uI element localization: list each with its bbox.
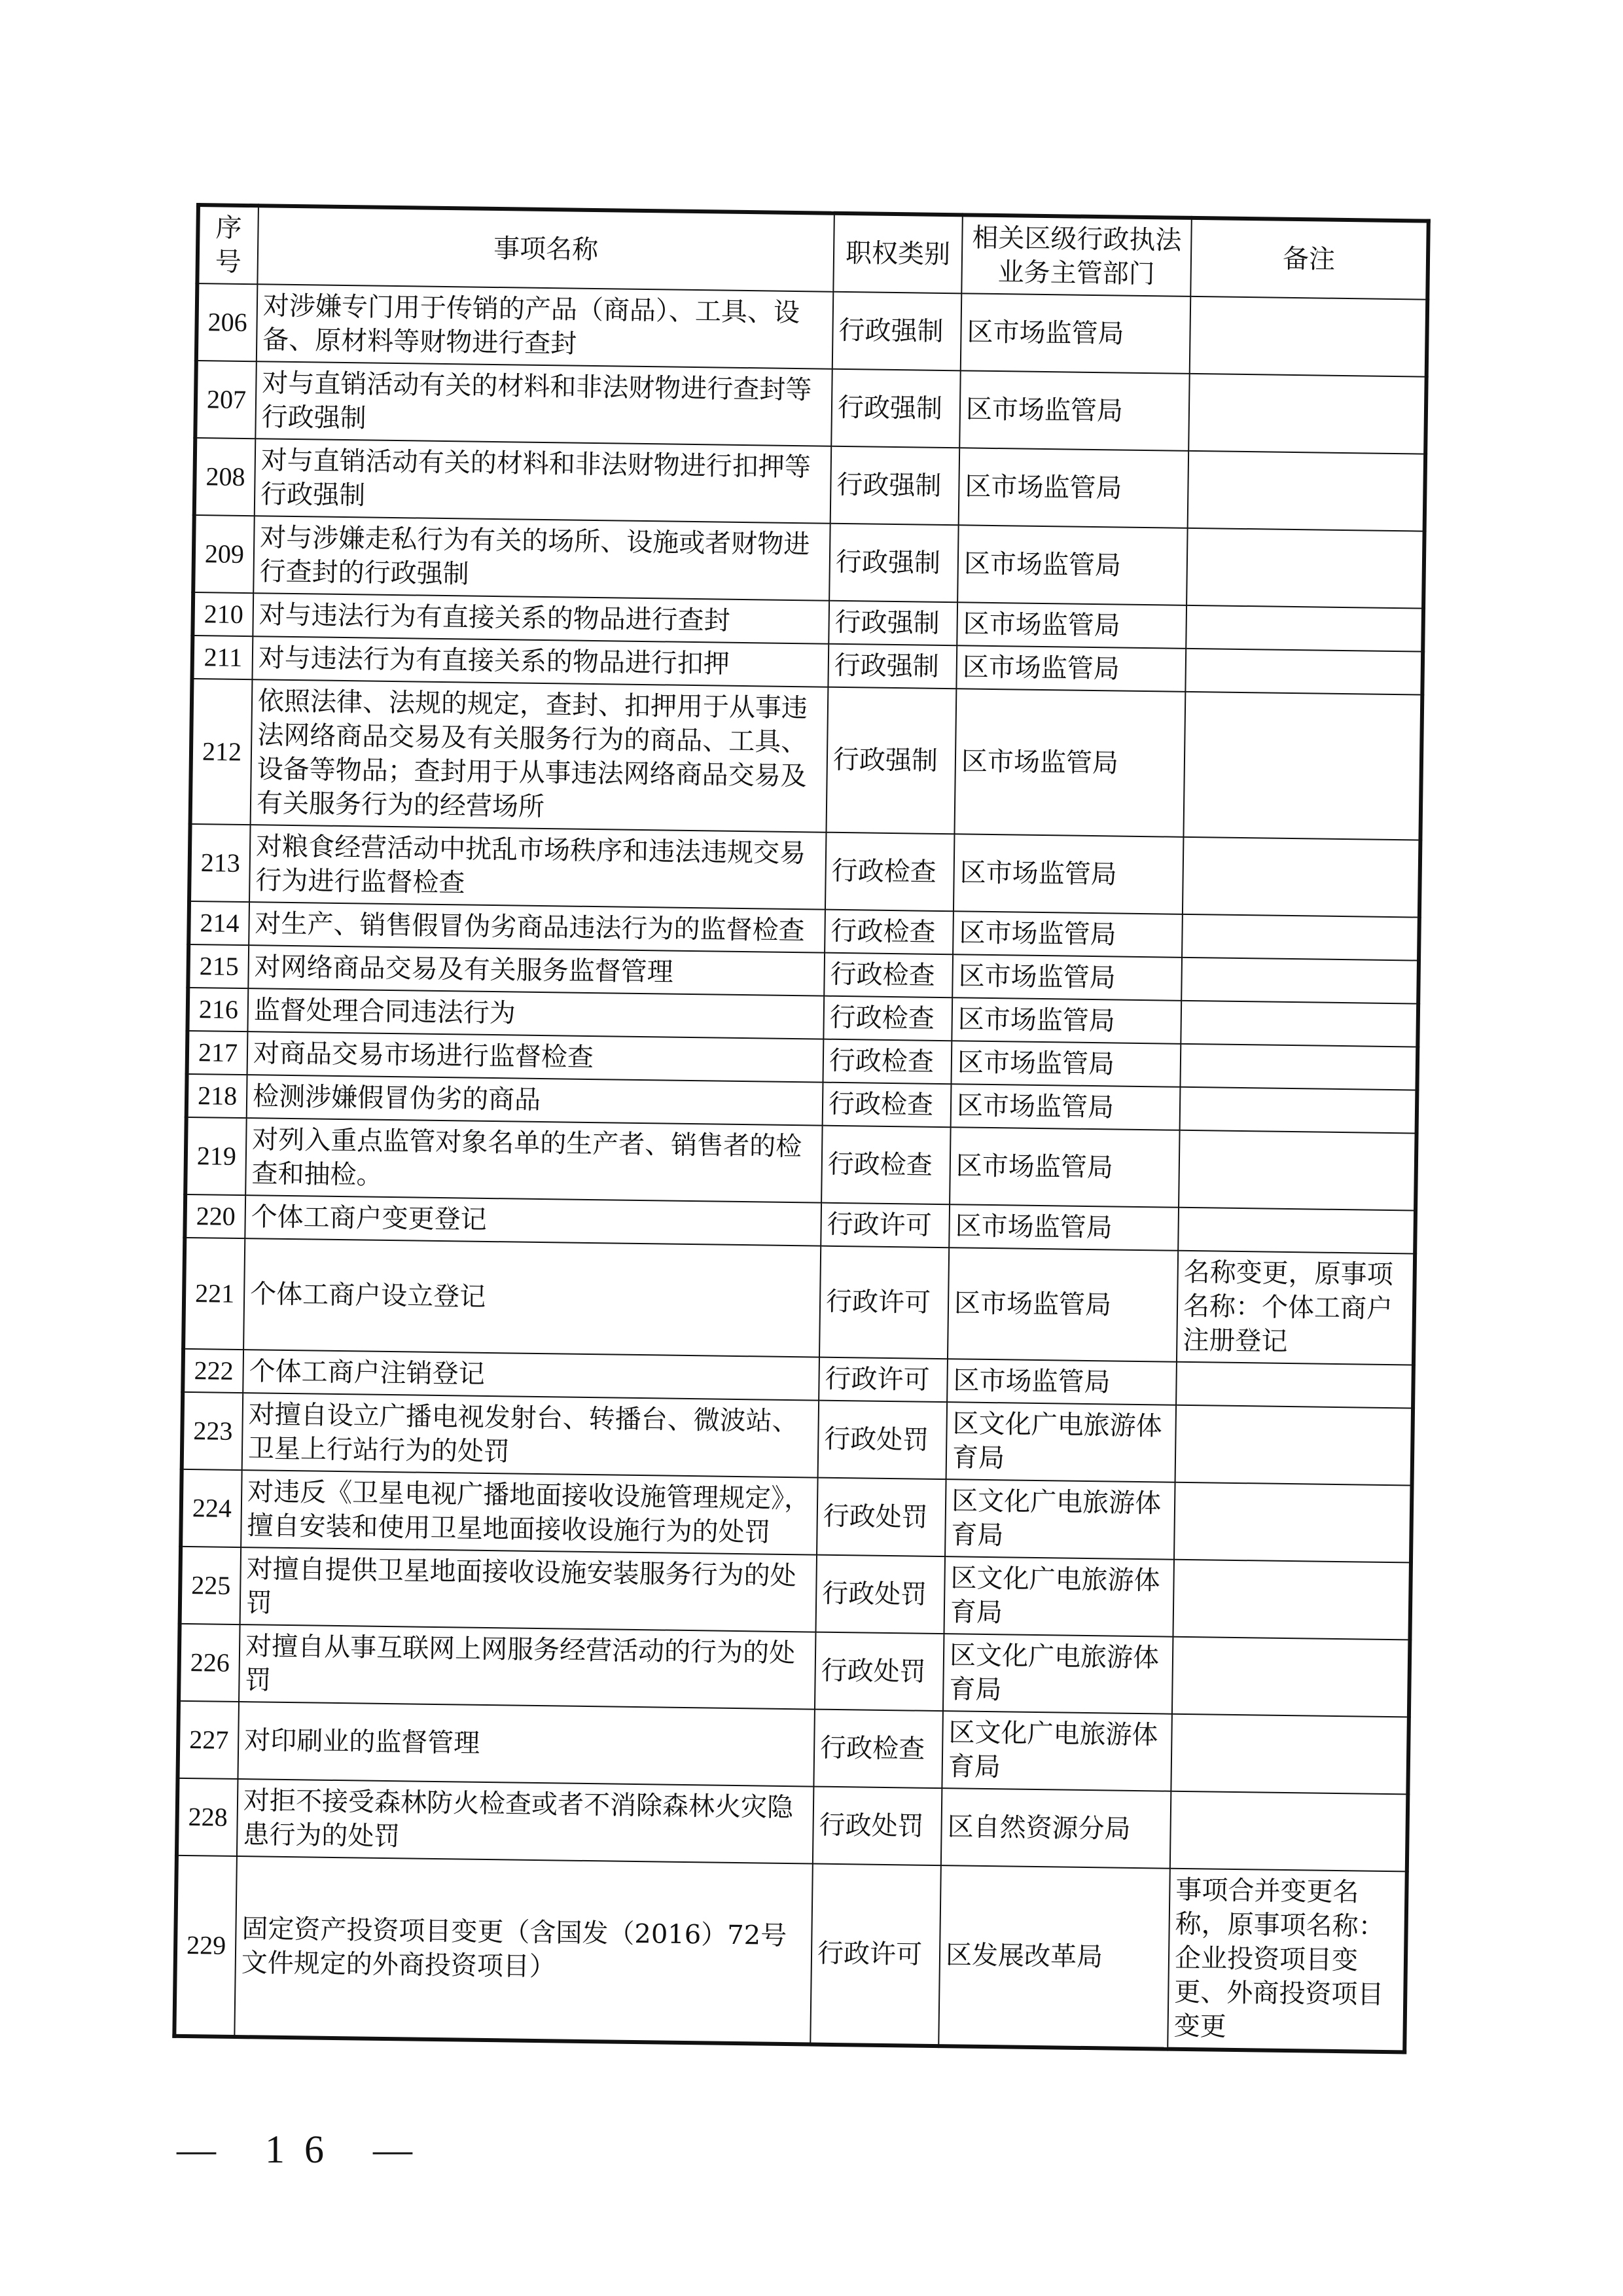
row-serial: 214 (188, 901, 249, 945)
row-remarks (1181, 1001, 1418, 1047)
row-remarks (1180, 1087, 1418, 1134)
header-authority-type: 职权类别 (833, 213, 963, 294)
row-department: 区文化广电旅游体育局 (945, 1479, 1175, 1560)
row-authority-type: 行政检查 (823, 1083, 952, 1128)
row-authority-type: 行政强制 (831, 369, 961, 448)
row-serial: 208 (194, 438, 256, 516)
row-authority-type: 行政强制 (830, 446, 960, 526)
row-authority-type: 行政处罚 (817, 1478, 946, 1557)
row-serial: 225 (180, 1547, 241, 1624)
row-remarks (1188, 451, 1426, 531)
row-department: 区文化广电旅游体育局 (943, 1634, 1173, 1714)
row-department: 区市场监管局 (954, 689, 1185, 837)
row-item-name: 对擅自提供卫星地面接收设施安装服务行为的处罚 (240, 1547, 817, 1632)
row-authority-type: 行政检查 (823, 1039, 952, 1085)
row-item-name: 个体工商户注销登记 (243, 1350, 819, 1401)
row-authority-type: 行政许可 (810, 1864, 941, 2047)
row-serial: 218 (187, 1074, 247, 1118)
row-authority-type: 行政检查 (821, 1126, 951, 1205)
row-remarks (1186, 528, 1425, 609)
row-serial: 219 (185, 1117, 247, 1195)
row-item-name: 对与直销活动有关的材料和非法财物进行扣押等行政强制 (255, 439, 831, 524)
table-row: 229固定资产投资项目变更（含国发（2016）72号文件规定的外商投资项目）行政… (174, 1856, 1406, 2053)
row-department: 区市场监管局 (950, 1127, 1180, 1208)
row-serial: 227 (177, 1701, 239, 1779)
row-department: 区市场监管局 (948, 1247, 1178, 1362)
row-remarks: 事项合并变更名称，原事项名称：企业投资项目变更、外商投资项目变更 (1168, 1869, 1407, 2053)
row-item-name: 对与违法行为有直接关系的物品进行扣押 (252, 636, 829, 687)
row-department: 区自然资源分局 (941, 1788, 1171, 1869)
row-remarks: 名称变更，原事项名称：个体工商户注册登记 (1177, 1251, 1415, 1365)
row-authority-type: 行政强制 (829, 524, 959, 603)
table-row: 221个体工商户设立登记行政许可区市场监管局名称变更，原事项名称：个体工商户注册… (183, 1238, 1415, 1365)
row-department: 区市场监管局 (952, 954, 1182, 1001)
row-department: 区市场监管局 (956, 645, 1186, 692)
row-authority-type: 行政检查 (823, 996, 952, 1041)
row-remarks (1170, 1791, 1408, 1872)
row-item-name: 个体工商户变更登记 (245, 1195, 821, 1246)
row-serial: 229 (174, 1856, 237, 2037)
row-department: 区市场监管局 (957, 525, 1188, 605)
row-serial: 222 (183, 1349, 243, 1393)
row-authority-type: 行政许可 (819, 1357, 948, 1403)
row-remarks (1176, 1362, 1414, 1408)
row-remarks (1174, 1482, 1412, 1563)
row-remarks (1182, 914, 1419, 961)
row-item-name: 检测涉嫌假冒伪劣的商品 (247, 1075, 823, 1126)
row-item-name: 对网络商品交易及有关服务监督管理 (248, 945, 825, 996)
row-authority-type: 行政处罚 (818, 1401, 948, 1480)
row-authority-type: 行政强制 (828, 644, 957, 689)
row-item-name: 对涉嫌专门用于传销的产品（商品）、工具、设备、原材料等财物进行查封 (257, 284, 833, 369)
row-item-name: 对擅自设立广播电视发射台、转播台、微波站、卫星上行站行为的处罚 (242, 1393, 819, 1478)
row-authority-type: 行政检查 (824, 953, 953, 998)
row-authority-type: 行政处罚 (815, 1632, 944, 1712)
row-serial: 207 (195, 361, 257, 439)
header-serial: 序号 (197, 205, 259, 284)
row-authority-type: 行政许可 (821, 1203, 950, 1248)
row-department: 区市场监管局 (952, 997, 1181, 1044)
row-authority-type: 行政强制 (829, 601, 957, 646)
row-serial: 217 (187, 1031, 248, 1075)
row-serial: 226 (179, 1624, 240, 1702)
row-serial: 224 (181, 1469, 242, 1547)
row-item-name: 对印刷业的监督管理 (238, 1702, 814, 1787)
row-remarks (1181, 958, 1419, 1004)
row-remarks (1183, 692, 1422, 840)
row-serial: 206 (196, 283, 258, 361)
table-body: 206对涉嫌专门用于传销的产品（商品）、工具、设备、原材料等财物进行查封行政强制… (174, 283, 1427, 2052)
row-remarks (1179, 1130, 1417, 1211)
row-item-name: 个体工商户设立登记 (243, 1238, 821, 1357)
row-remarks (1186, 605, 1423, 652)
row-serial: 215 (188, 944, 249, 988)
row-serial: 211 (192, 636, 253, 679)
row-remarks (1173, 1560, 1411, 1640)
row-department: 区市场监管局 (961, 293, 1191, 374)
row-department: 区市场监管局 (959, 370, 1190, 451)
row-item-name: 对粮食经营活动中扰乱市场秩序和违法违规交易行为进行监督检查 (249, 825, 826, 910)
row-authority-type: 行政强制 (832, 292, 962, 371)
row-item-name: 对与直销活动有关的材料和非法财物进行查封等行政强制 (255, 361, 832, 446)
row-serial: 209 (193, 515, 255, 593)
row-serial: 213 (189, 824, 251, 902)
row-authority-type: 行政检查 (813, 1710, 943, 1789)
row-serial: 223 (182, 1392, 243, 1470)
row-serial: 221 (183, 1238, 245, 1350)
row-authority-type: 行政处罚 (813, 1787, 942, 1866)
row-remarks (1178, 1208, 1416, 1254)
row-department: 区发展改革局 (938, 1865, 1170, 2049)
page-number: — 16 — (177, 2127, 432, 2172)
row-item-name: 对擅自从事互联网上网服务经营活动的行为的处罚 (239, 1624, 815, 1710)
row-department: 区文化广电旅游体育局 (942, 1711, 1172, 1791)
header-remarks: 备注 (1190, 218, 1429, 300)
enforcement-items-table: 序号 事项名称 职权类别 相关区级行政执法业务主管部门 备注 206对涉嫌专门用… (172, 203, 1431, 2054)
row-department: 区市场监管局 (957, 602, 1186, 649)
row-department: 区市场监管局 (951, 1041, 1181, 1087)
row-remarks (1183, 837, 1421, 918)
row-remarks (1185, 649, 1423, 695)
row-item-name: 对与违法行为有直接关系的物品进行查封 (253, 593, 829, 644)
row-department: 区文化广电旅游体育局 (946, 1402, 1177, 1482)
row-remarks (1175, 1405, 1414, 1486)
table-row: 212依照法律、法规的规定，查封、扣押用于从事违法网络商品交易及有关服务行为的商… (190, 679, 1423, 840)
row-item-name: 对列入重点监管对象名单的生产者、销售者的检查和抽检。 (245, 1118, 822, 1203)
row-department: 区市场监管局 (954, 834, 1184, 914)
header-department: 相关区级行政执法业务主管部门 (961, 215, 1192, 296)
row-serial: 216 (187, 988, 248, 1031)
row-department: 区市场监管局 (947, 1359, 1177, 1405)
row-remarks (1188, 374, 1427, 454)
row-department: 区市场监管局 (951, 1084, 1181, 1130)
row-item-name: 对违反《卫星电视广播地面接收设施管理规定》，擅自安装和使用卫星地面接收设施行为的… (241, 1470, 817, 1555)
row-remarks (1180, 1044, 1418, 1090)
row-serial: 228 (177, 1778, 238, 1856)
row-authority-type: 行政强制 (826, 687, 956, 834)
row-remarks (1171, 1714, 1409, 1795)
row-item-name: 对与涉嫌走私行为有关的场所、设施或者财物进行查封的行政强制 (253, 516, 830, 601)
row-item-name: 对商品交易市场进行监督检查 (247, 1031, 824, 1083)
row-authority-type: 行政许可 (819, 1246, 949, 1359)
row-remarks (1190, 296, 1428, 377)
row-authority-type: 行政检查 (825, 833, 955, 912)
row-authority-type: 行政检查 (825, 910, 954, 955)
row-department: 区市场监管局 (949, 1204, 1179, 1251)
header-item-name: 事项名称 (257, 206, 834, 292)
row-department: 区市场监管局 (959, 448, 1189, 528)
row-department: 区市场监管局 (953, 911, 1183, 958)
document-table-wrapper: 序号 事项名称 职权类别 相关区级行政执法业务主管部门 备注 206对涉嫌专门用… (172, 203, 1427, 2054)
row-item-name: 固定资产投资项目变更（含国发（2016）72号文件规定的外商投资项目） (234, 1856, 813, 2044)
row-serial: 220 (185, 1194, 245, 1238)
row-item-name: 依照法律、法规的规定，查封、扣押用于从事违法网络商品交易及有关服务行为的商品、工… (251, 679, 829, 832)
row-remarks (1172, 1637, 1410, 1717)
row-authority-type: 行政处罚 (815, 1555, 945, 1634)
row-serial: 210 (192, 592, 253, 636)
row-item-name: 监督处理合同违法行为 (247, 988, 824, 1039)
row-department: 区文化广电旅游体育局 (944, 1556, 1174, 1637)
row-serial: 212 (190, 679, 253, 825)
row-item-name: 对拒不接受森林防火检查或者不消除森林火灾隐患行为的处罚 (237, 1779, 813, 1864)
row-item-name: 对生产、销售假冒伪劣商品违法行为的监督检查 (249, 902, 825, 953)
